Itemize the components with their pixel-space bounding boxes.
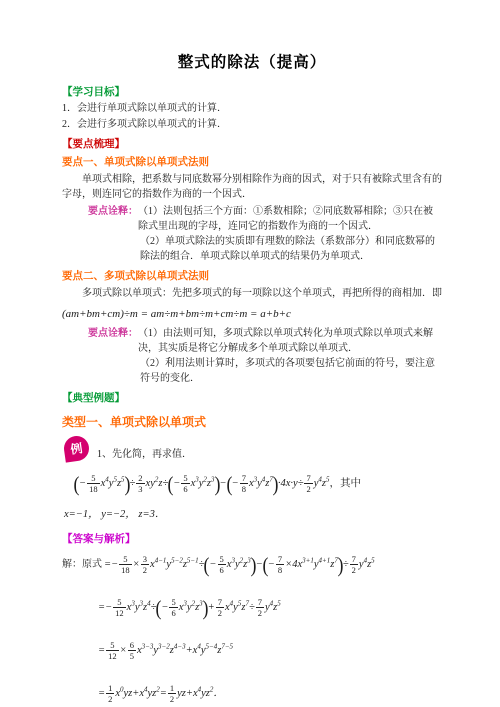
note-text: （1）法则包括三个方面：①系数相除；②同底数幂相除；③只在被除式里出现的字母，连…: [138, 204, 442, 234]
page-title: 整式的除法（提高）: [62, 50, 442, 72]
problem-formula-math: (−518x4y5z5)÷23xy2z÷(−56x3y2z3)−(−78x3y4…: [74, 478, 330, 489]
point1-note-2: （2）单项式除法的实质即有理数的除法（系数部分）和同底数幂的除法的组合．单项式除…: [140, 234, 442, 264]
problem-formula: (−518x4y5z5)÷23xy2z÷(−56x3y2z3)−(−78x3y4…: [74, 469, 442, 499]
notes-label: 要点诠释：: [88, 326, 138, 356]
note-text: （1）由法则可知，多项式除以单项式转化为单项式除以单项式来解决，其实质是将它分解…: [138, 326, 442, 356]
learning-goal-item-1: 1．会进行单项式除以单项式的计算．: [62, 101, 442, 116]
example-badge-label: 例: [69, 439, 83, 458]
type1-heading: 类型一、单项式除以单项式: [62, 413, 442, 430]
point1-notes: 要点诠释： （1）法则包括三个方面：①系数相除；②同底数幂相除；③只在被除式里出…: [88, 204, 442, 264]
solution-line-1: 解：原式 =−518×32x4−1y5−2z5−1÷(−56x3y2z3)−(−…: [62, 550, 442, 580]
learning-goal-item-2: 2．会进行多项式除以单项式的计算．: [62, 117, 442, 132]
point1-body: 单项式相除，把系数与同底数幂分别相除作为商的因式，对于只有被除式里含有的字母，则…: [62, 172, 442, 202]
point2-notes: 要点诠释： （1）由法则可知，多项式除以单项式转化为单项式除以单项式来解决，其实…: [88, 326, 442, 386]
solution-line-2: =−512x3y3z4÷(−56x3y2z3)+72x4y5z7÷72y4z5: [98, 593, 442, 623]
solution-block: 解：原式 =−518×32x4−1y5−2z5−1÷(−56x3y2z3)−(−…: [62, 550, 442, 707]
point2-note-1: 要点诠释： （1）由法则可知，多项式除以单项式转化为单项式除以单项式来解决，其实…: [88, 326, 442, 356]
example-badge: 例: [62, 434, 90, 462]
solution-math-3: =512×65x3−3y3−2z4−3+x4y5−4z7−5: [98, 636, 233, 666]
point1-heading: 要点一、单项式除以单项式法则: [62, 154, 442, 169]
solution-math-2: =−512x3y3z4÷(−56x3y2z3)+72x4y5z7÷72y4z5: [98, 593, 281, 623]
solution-math-4: =12x0yz+x4yz2=12yz+x4yz2．: [98, 679, 224, 707]
key-points-heading: 【要点梳理】: [62, 136, 442, 151]
problem-label: 1、先化简，再求值．: [97, 448, 192, 461]
answer-heading: 【答案与解析】: [62, 531, 442, 546]
polynomial-division-formula: (am+bm+cm)÷m = am÷m+bm÷m+cm÷m = a+b+c: [62, 308, 442, 320]
given-values: x=−1， y=−2， z=3．: [64, 507, 442, 523]
typical-examples-heading: 【典型例题】: [62, 390, 442, 405]
solution-line-3: =512×65x3−3y3−2z4−3+x4y5−4z7−5: [98, 636, 442, 666]
point2-note-2: （2）利用法则计算时，多项式的各项要包括它前面的符号，要注意符号的变化．: [140, 356, 442, 386]
example-header: 例 1、先化简，再求值．: [64, 436, 442, 461]
point2-body: 多项式除以单项式：先把多项式的每一项除以这个单项式，再把所得的商相加．即: [62, 286, 442, 301]
point1-note-1: 要点诠释： （1）法则包括三个方面：①系数相除；②同底数幂相除；③只在被除式里出…: [88, 204, 442, 234]
learning-goals-heading: 【学习目标】: [62, 84, 442, 99]
point2-heading: 要点二、多项式除以单项式法则: [62, 268, 442, 283]
solution-label: 解：原式: [62, 550, 102, 580]
problem-formula-tail: ，其中: [330, 478, 362, 489]
solution-math-1: =−518×32x4−1y5−2z5−1÷(−56x3y2z3)−(−78×4x…: [104, 550, 375, 580]
solution-line-4: =12x0yz+x4yz2=12yz+x4yz2．: [98, 679, 442, 707]
document-page: 整式的除法（提高） 【学习目标】 1．会进行单项式除以单项式的计算． 2．会进行…: [0, 0, 500, 707]
notes-label: 要点诠释：: [88, 204, 138, 234]
